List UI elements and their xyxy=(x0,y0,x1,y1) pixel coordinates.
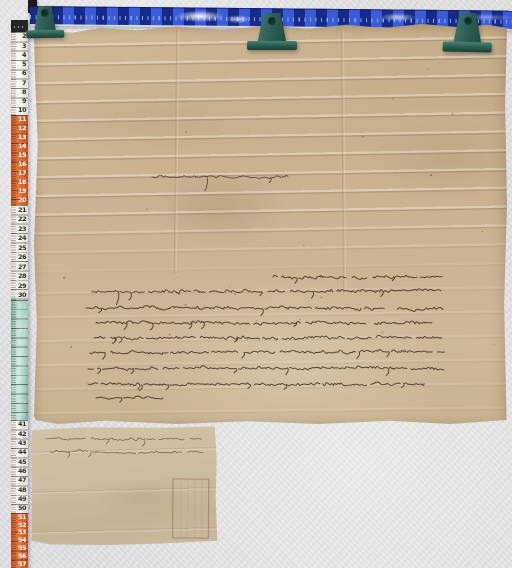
ruler-number: 29 xyxy=(18,283,26,290)
clip-bar xyxy=(247,41,297,50)
ruler-segment-orange: 51525354555657 xyxy=(11,513,28,568)
ruler-number: 28 xyxy=(18,273,26,280)
ruler-number: 23 xyxy=(18,226,26,233)
photo-board: 2345678910111213141516171819202122232425… xyxy=(0,0,512,568)
ruler-number: 39 xyxy=(18,399,26,406)
ruler-number: 17 xyxy=(18,170,26,177)
ruler-number: 41 xyxy=(18,421,26,428)
ruler-number: 32 xyxy=(18,315,26,322)
binder-clip-right xyxy=(443,12,493,52)
fragment-slip xyxy=(31,426,218,545)
ruler-segment-green: 31323334353637383940 xyxy=(11,300,28,420)
ruler-number: 10 xyxy=(18,107,26,114)
ruler-number: 27 xyxy=(18,264,26,271)
ruler-number: 9 xyxy=(22,98,26,105)
main-manuscript xyxy=(34,24,507,424)
ruler-number: 24 xyxy=(18,235,26,242)
seal-outline xyxy=(172,478,209,538)
ruler-segment-white: 2345678910 xyxy=(11,32,28,115)
ruler-number: 22 xyxy=(18,216,26,223)
ruler-number: 30 xyxy=(18,292,26,299)
ruler-number: 15 xyxy=(18,152,26,159)
ruler-number: 57 xyxy=(18,561,26,568)
ruler-number: 12 xyxy=(18,125,26,132)
ruler-number: 21 xyxy=(18,207,26,214)
ruler-number: 47 xyxy=(18,477,26,484)
fold-creases-lower xyxy=(34,276,507,426)
ruler-number: 46 xyxy=(18,468,26,475)
ruler-number: 33 xyxy=(18,327,26,334)
ruler-number: 4 xyxy=(22,52,26,59)
ruler-number: 19 xyxy=(18,188,26,195)
fold-creases-upper xyxy=(34,32,507,282)
paper-edge-shading xyxy=(34,24,507,424)
ruler-number: 55 xyxy=(18,545,26,552)
vertical-crease xyxy=(174,30,180,275)
ruler-number: 31 xyxy=(18,303,26,310)
ruler-number: 43 xyxy=(18,440,26,447)
ruler-number: 38 xyxy=(18,387,26,394)
ruler-number: 20 xyxy=(18,197,26,204)
ruler-number: 37 xyxy=(18,375,26,382)
ruler-number: 14 xyxy=(18,143,26,150)
clip-bar xyxy=(26,30,64,39)
binder-clip-middle xyxy=(247,13,297,50)
ruler-number: 36 xyxy=(18,363,26,370)
ruler-number: 5 xyxy=(22,61,26,68)
ruler-number: 53 xyxy=(18,529,26,536)
ruler-number: 25 xyxy=(18,245,26,252)
ruler-number: 11 xyxy=(18,116,26,123)
ruler-number: 18 xyxy=(18,179,26,186)
clip-hole xyxy=(268,17,276,25)
ruler-number: 35 xyxy=(18,351,26,358)
ruler-number: 6 xyxy=(22,70,26,77)
ruler-number: 49 xyxy=(18,496,26,503)
ruler-number: 26 xyxy=(18,254,26,261)
ruler-number: 8 xyxy=(22,89,26,96)
ruler-number: 51 xyxy=(18,514,26,521)
ruler-number: 54 xyxy=(18,537,26,544)
ruler-segment-orange: 11121314151617181920 xyxy=(11,115,28,205)
vertical-crease xyxy=(341,30,346,295)
ruler-segment-white: 21222324252627282930 xyxy=(11,205,28,300)
ruler-number: 34 xyxy=(18,339,26,346)
ruler-number: 50 xyxy=(18,505,26,512)
ruler-number: 40 xyxy=(18,411,26,418)
ruler-number: 52 xyxy=(18,522,26,529)
ruler-number: 42 xyxy=(18,431,26,438)
clip-bar xyxy=(443,42,492,53)
ruler-number: 44 xyxy=(18,449,26,456)
ruler-number: 16 xyxy=(18,161,26,168)
ruler-number: 3 xyxy=(22,43,26,50)
ruler-number: 45 xyxy=(18,459,26,466)
left-ruler: 2345678910111213141516171819202122232425… xyxy=(11,20,28,568)
ruler-number: 56 xyxy=(18,553,26,560)
ruler-number: 7 xyxy=(22,80,26,87)
ruler-number: 48 xyxy=(18,487,26,494)
ruler-segment-white: 41424344454647484950 xyxy=(11,420,28,513)
ruler-number: 13 xyxy=(18,134,26,141)
binder-clip-left xyxy=(26,6,65,39)
